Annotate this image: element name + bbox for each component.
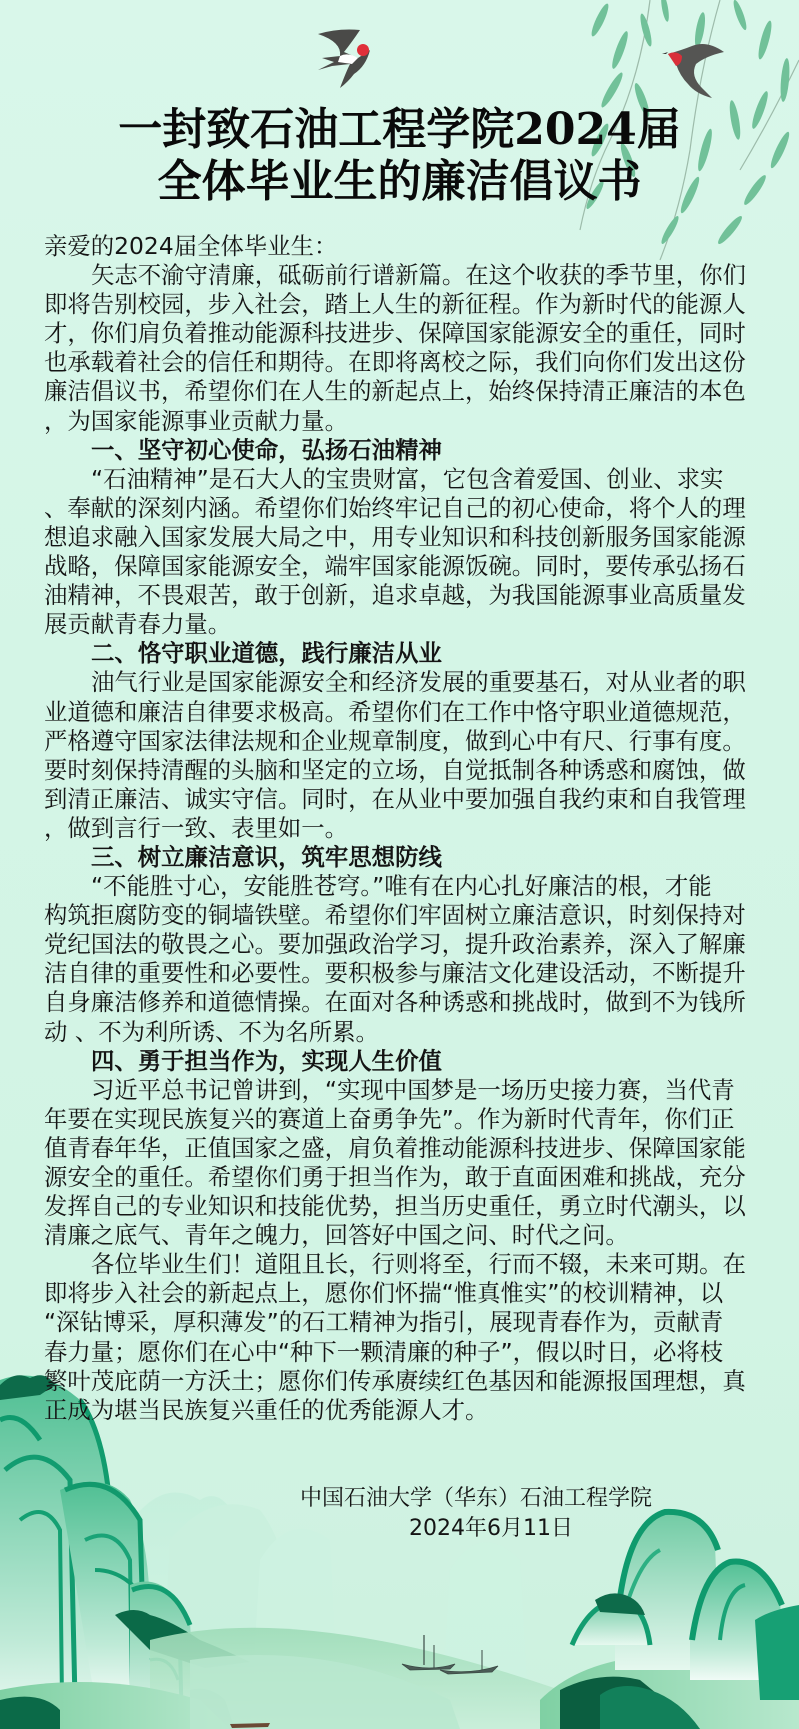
paragraph-line: 春力量；愿你们在心中“种下一颗清廉的种子”，假以时日，必将枝 [44,1338,756,1367]
paragraph-line: “石油精神”是石大人的宝贵财富，它包含着爱国、创业、求实 [44,465,756,494]
section-2: 二、恪守职业道德，践行廉洁从业 油气行业是国家能源安全和经济发展的重要基石，对从… [44,639,756,843]
paragraph-line: 、奉献的深刻内涵。希望你们始终牢记自己的初心使命，将个人的理 [44,494,756,523]
paragraph-line: 战略，保障国家能源安全，端牢国家能源饭碗。同时，要传承弘扬石 [44,552,756,581]
paragraph-line: 值青春年华，正值国家之盛，肩负着推动能源科技进步、保障国家能 [44,1134,756,1163]
paragraph-line: 油气行业是国家能源安全和经济发展的重要基石，对从业者的职 [44,668,756,697]
page-title: 一封致石油工程学院2024届 全体毕业生的廉洁倡议书 [0,104,799,208]
paragraph-line: 年要在实现民族复兴的赛道上奋勇争先”。作为新时代青年，你们正 [44,1105,756,1134]
paragraph-line: 廉洁倡议书，希望你们在人生的新起点上，始终保持清正廉洁的本色 [44,377,756,406]
section-heading: 四、勇于担当作为，实现人生价值 [44,1047,756,1076]
paragraph-line: 才，你们肩负着推动能源科技进步、保障国家能源安全的重任，同时 [44,319,756,348]
paragraph-line: 党纪国法的敬畏之心。要加强政治学习，提升政治素养，深入了解廉 [44,930,756,959]
paragraph-line: 源安全的重任。希望你们勇于担当作为，敢于直面困难和挑战，充分 [44,1163,756,1192]
paragraph-line: 也承载着社会的信任和期待。在即将离校之际，我们向你们发出这份 [44,348,756,377]
paragraph-line: 各位毕业生们！道阻且长，行则将至，行而不辍，未来可期。在 [44,1250,756,1279]
section-1: 一、坚守初心使命，弘扬石油精神 “石油精神”是石大人的宝贵财富，它包含着爱国、创… [44,436,756,640]
paragraph-line: 繁叶茂庇荫一方沃土；愿你们传承赓续红色基因和能源报国理想，真 [44,1367,756,1396]
intro-paragraph: 矢志不渝守清廉，砥砺前行谱新篇。在这个收获的季节里，你们 即将告别校园，步入社会… [44,261,756,436]
title-line-1: 一封致石油工程学院2024届 [0,104,799,156]
paragraph-line: 自身廉洁修养和道德情操。在面对各种诱惑和挑战时，做到不为钱所 [44,988,756,1017]
paragraph-line: ，为国家能源事业贡献力量。 [44,407,756,436]
paragraph-line: 正成为堪当民族复兴重任的优秀能源人才。 [44,1396,756,1425]
paragraph-line: 习近平总书记曾讲到，“实现中国梦是一场历史接力赛，当代青 [44,1076,756,1105]
paragraph-line: 矢志不渝守清廉，砥砺前行谱新篇。在这个收获的季节里，你们 [44,261,756,290]
paragraph-line: 到清正廉洁、诚实守信。同时，在从业中要加强自我约束和自我管理 [44,785,756,814]
paragraph-line: 洁自律的重要性和必要性。要积极参与廉洁文化建设活动，不断提升 [44,959,756,988]
paragraph-line: “不能胜寸心，安能胜苍穹。”唯有在内心扎好廉洁的根，才能 [44,872,756,901]
paragraph-line: 发挥自己的专业知识和技能优势，担当历史重任，勇立时代潮头，以 [44,1192,756,1221]
paragraph-line: “深钻博采，厚积薄发”的石工精神为指引，展现青春作为，贡献青 [44,1308,756,1337]
paragraph-line: 清廉之底气、青年之魄力，回答好中国之问、时代之问。 [44,1221,756,1250]
paragraph-line: ，做到言行一致、表里如一。 [44,814,756,843]
greeting: 亲爱的2024届全体毕业生： [44,232,756,261]
closing-paragraph: 各位毕业生们！道阻且长，行则将至，行而不辍，未来可期。在 即将步入社会的新起点上… [44,1250,756,1425]
letter-body: 亲爱的2024届全体毕业生： 矢志不渝守清廉，砥砺前行谱新篇。在这个收获的季节里… [44,232,756,1425]
paragraph-line: 业道德和廉洁自律要求极高。希望你们在工作中恪守职业道德规范， [44,698,756,727]
letter-page: 一封致石油工程学院2024届 全体毕业生的廉洁倡议书 亲爱的2024届全体毕业生… [0,0,799,1729]
paragraph-line: 要时刻保持清醒的头脑和坚定的立场，自觉抵制各种诱惑和腐蚀，做 [44,756,756,785]
paragraph-line: 严格遵守国家法律法规和企业规章制度，做到心中有尺、行事有度。 [44,727,756,756]
paragraph-line: 构筑拒腐防变的铜墙铁壁。希望你们牢固树立廉洁意识，时刻保持对 [44,901,756,930]
section-heading: 一、坚守初心使命，弘扬石油精神 [44,436,756,465]
paragraph-line: 即将告别校园，步入社会，踏上人生的新征程。作为新时代的能源人 [44,290,756,319]
section-3: 三、树立廉洁意识，筑牢思想防线 “不能胜寸心，安能胜苍穹。”唯有在内心扎好廉洁的… [44,843,756,1047]
section-4: 四、勇于担当作为，实现人生价值 习近平总书记曾讲到，“实现中国梦是一场历史接力赛… [44,1047,756,1251]
section-heading: 二、恪守职业道德，践行廉洁从业 [44,639,756,668]
signature-date: 2024年6月11日 [409,1514,573,1544]
paragraph-line: 油精神，不畏艰苦，敢于创新，追求卓越，为我国能源事业高质量发 [44,581,756,610]
paragraph-line: 想追求融入国家发展大局之中，用专业知识和科技创新服务国家能源 [44,523,756,552]
section-heading: 三、树立廉洁意识，筑牢思想防线 [44,843,756,872]
paragraph-line: 动 、不为利所诱、不为名所累。 [44,1018,756,1047]
title-line-2: 全体毕业生的廉洁倡议书 [0,156,799,208]
paragraph-line: 展贡献青春力量。 [44,610,756,639]
signature-organization: 中国石油大学（华东）石油工程学院 [300,1484,652,1514]
paragraph-line: 即将步入社会的新起点上，愿你们怀揣“惟真惟实”的校训精神，以 [44,1279,756,1308]
